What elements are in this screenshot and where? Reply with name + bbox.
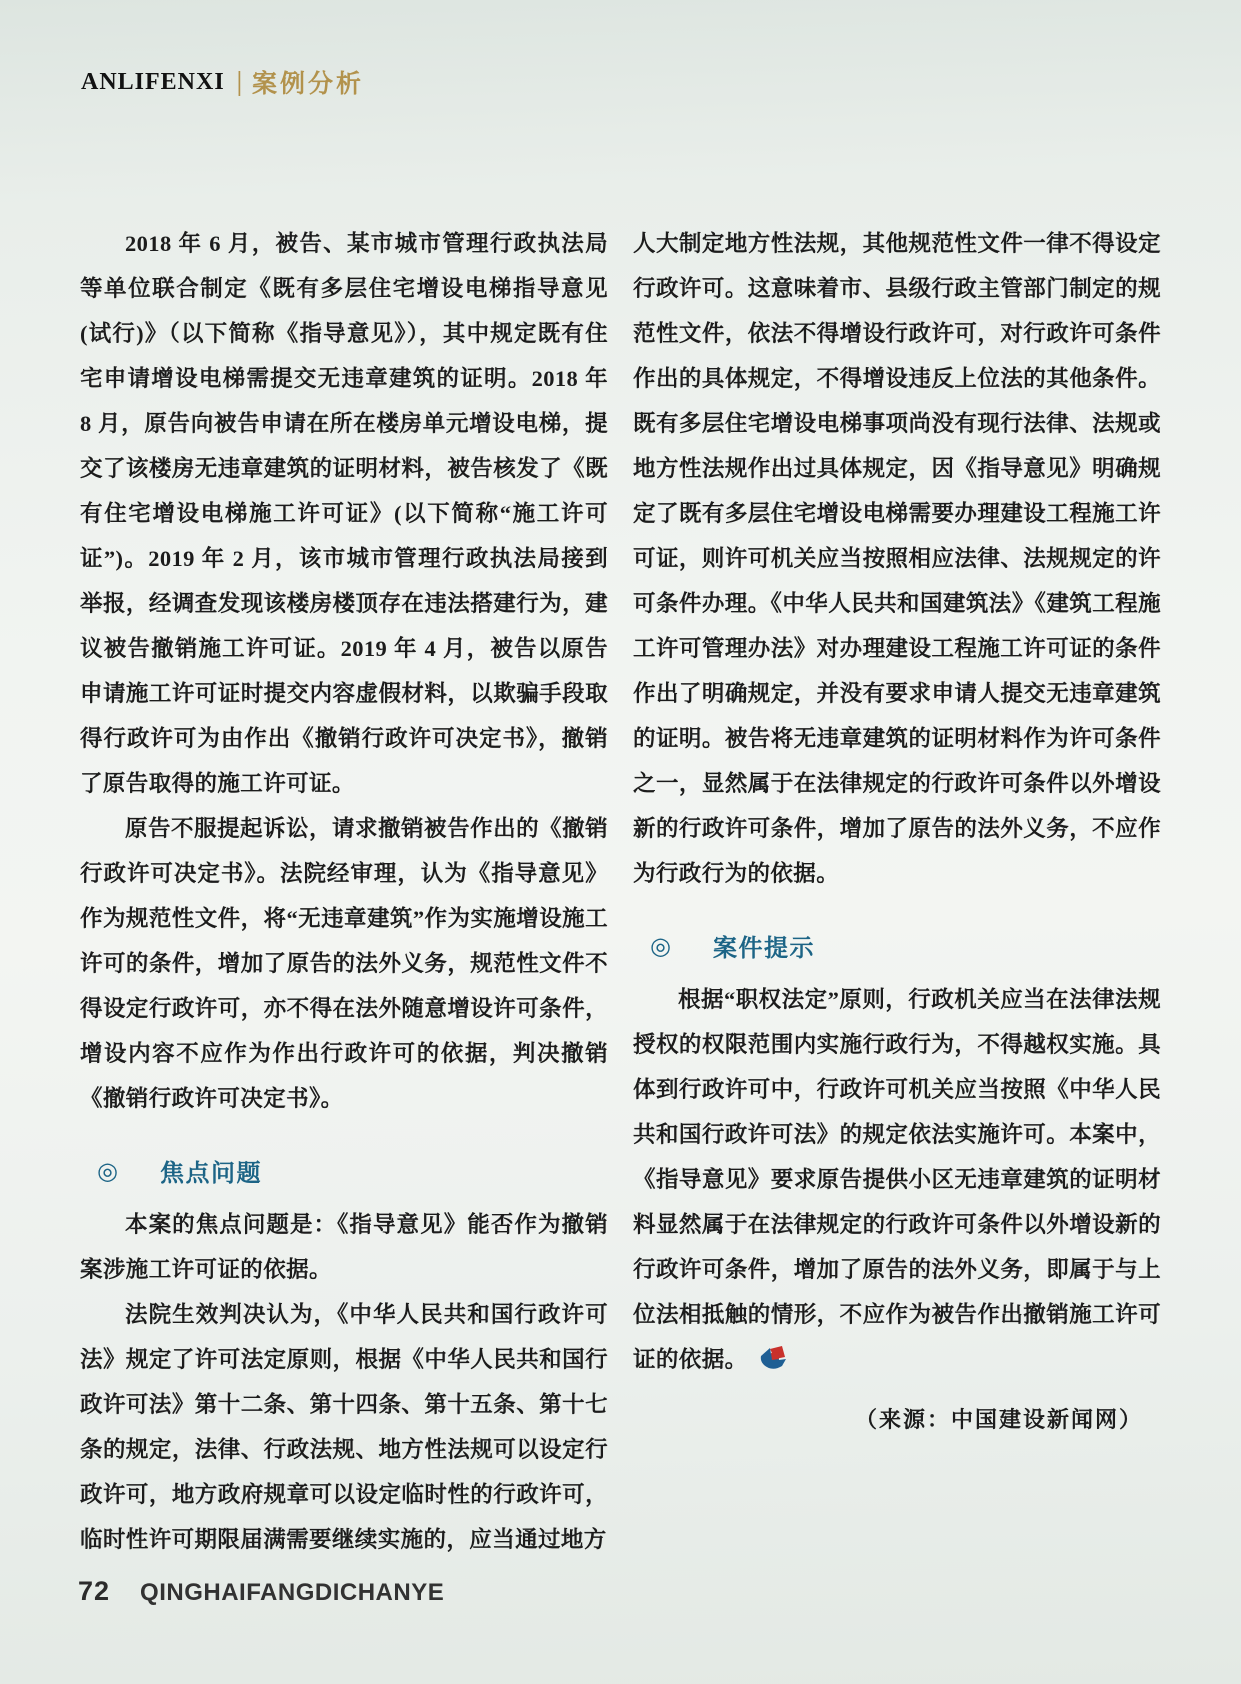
- journal-name: QINGHAIFANGDICHANYE: [140, 1579, 444, 1607]
- magazine-page: ANLIFENXI | 案例分析 2018 年 6 月，被告、某市城市管理行政执…: [0, 0, 1241, 1684]
- paragraph-case-tips: 根据“职权法定”原则，行政机关应当在法律法规授权的权限范围内实施行政行为，不得越…: [633, 977, 1161, 1382]
- paragraph-lawsuit: 原告不服提起诉讼，请求撤销被告作出的《撤销行政许可决定书》。法院经审理，认为《指…: [80, 806, 608, 1121]
- source-credit: （来源：中国建设新闻网）: [633, 1398, 1161, 1442]
- page-footer: 72 QINGHAIFANGDICHANYE: [78, 1576, 444, 1607]
- paragraph-case-tips-text: 根据“职权法定”原则，行政机关应当在法律法规授权的权限范围内实施行政行为，不得越…: [633, 987, 1161, 1372]
- section-title: 案件提示: [713, 928, 815, 963]
- section-title: 焦点问题: [160, 1153, 262, 1188]
- left-column: 2018 年 6 月，被告、某市城市管理行政执法局等单位联合制定《既有多层住宅增…: [80, 221, 608, 1562]
- paragraph-ruling-continued: 人大制定地方性法规，其他规范性文件一律不得设定行政许可。这意味着市、县级行政主管…: [633, 221, 1161, 896]
- masthead-separator: |: [237, 66, 243, 97]
- masthead-latin-title: ANLIFENXI: [81, 69, 225, 96]
- paragraph-focus-question: 本案的焦点问题是：《指导意见》能否作为撤销案涉施工许可证的依据。: [80, 1202, 608, 1292]
- masthead: ANLIFENXI | 案例分析: [81, 64, 364, 100]
- bullseye-icon: ◎: [650, 934, 671, 958]
- section-header-case-tips: ◎ 案件提示: [633, 923, 1161, 968]
- paragraph-case-facts: 2018 年 6 月，被告、某市城市管理行政执法局等单位联合制定《既有多层住宅增…: [80, 221, 608, 806]
- section-header-focus-issue: ◎ 焦点问题: [80, 1148, 608, 1193]
- paragraph-court-ruling: 法院生效判决认为，《中华人民共和国行政许可法》规定了许可法定原则，根据《中华人民…: [80, 1292, 608, 1562]
- bullseye-icon: ◎: [97, 1159, 118, 1183]
- publisher-logo-icon: [758, 1344, 788, 1371]
- right-column: 人大制定地方性法规，其他规范性文件一律不得设定行政许可。这意味着市、县级行政主管…: [633, 221, 1161, 1464]
- page-number: 72: [78, 1576, 110, 1607]
- masthead-section-title: 案例分析: [252, 64, 364, 100]
